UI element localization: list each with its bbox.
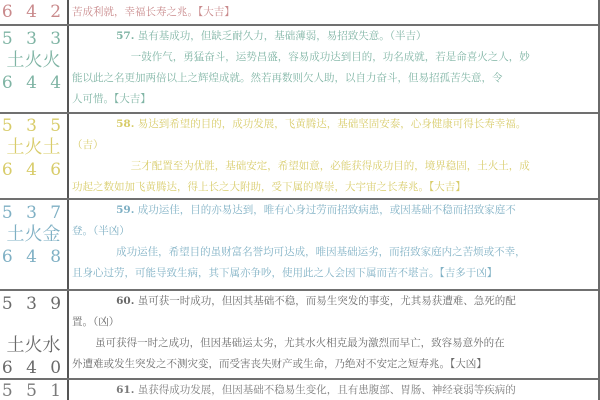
description-line: 能以此之名更加两倍以上之辉煌成就。然若再数则欠人助，以自力奋斗，但易招孤苦失意，… [72,68,592,89]
summary-text: 虽有基成功，但缺乏耐久力，基础薄弱，易招致失意。（半吉） [138,30,427,42]
description-cell: 57. 虽有基成功，但缺乏耐久力，基础薄弱，易招致失意。（半吉） 一鼓作气，勇猛… [72,26,592,110]
number-line: 5 3 7 [0,202,67,224]
entry-number: 60. [116,295,134,307]
description-cell: 60. 虽可获一时成功，但因其基础不稳，而易生突发的事变，尤其易获遭难、急死的配… [72,291,592,375]
summary-text: 虽可获一时成功，但因其基础不稳，而易生突发的事变，尤其易获遭难、急死的配 [138,295,516,307]
summary-text: 易达到希望的目的，成功发展，飞黄腾达，基础坚固安泰，心身健康可得长寿幸福。 [138,118,527,130]
description-line: 且身心过劳，可能导致生病，其下属亦争吵，使用此之人会因下属而苦不堪言。【吉多于凶… [72,263,592,284]
number-line: 5 5 1 [0,380,67,400]
number-line: 6 4 6 [0,159,67,181]
number-cell: 5 3 5 土火土 6 4 6 [0,114,69,198]
description-line: 57. 虽有基成功，但缺乏耐久力，基础薄弱，易招致失意。（半吉） [72,26,592,47]
table-row-537: 5 3 7 土火金 6 4 8 59. 成功运佳，目的亦易达到，唯有心身过劳而招… [0,198,598,289]
description-cell: 苦成利就，幸福长寿之兆。【大吉】 [72,2,592,23]
number-cell: 6 4 2 [0,0,69,24]
element-line: 土火火 [0,50,67,72]
number-line: 6 4 8 [0,246,67,268]
description-line: 登。（半凶） [72,221,592,242]
number-line: 6 4 2 [0,1,67,23]
description-line: 59. 成功运佳，目的亦易达到，唯有心身过劳而招致病患，或因基础不稳而招致家庭不 [72,200,592,221]
description-line: 三才配置至为优胜，基础安定，希望如意，必能获得成功目的，境界稳固，土火土，成 [72,156,592,177]
element-line: 土火金 [0,224,67,246]
description-cell: 59. 成功运佳，目的亦易达到，唯有心身过劳而招致病患，或因基础不稳而招致家庭不… [72,200,592,284]
description-line: 苦成利就，幸福长寿之兆。【大吉】 [72,2,592,23]
table-row-539: 5 3 9 土火水 6 4 0 60. 虽可获一时成功，但因其基础不稳，而易生突… [0,289,598,378]
description-cell: 61. 虽获得成功发展，但因基础不稳易生变化，且有患腹部、胃肠、神经衰弱等疾病的 [72,380,592,400]
summary-text: 成功运佳，目的亦易达到，唯有心身过劳而招致病患，或因基础不稳而招致家庭不 [138,204,516,216]
table-row-533: 5 3 3 土火火 6 4 4 57. 虽有基成功，但缺乏耐久力，基础薄弱，易招… [0,24,598,112]
entry-number: 59. [116,204,134,216]
description-line: 功起之数如加飞黄腾达，得上长之大附助，受下属的尊崇，大宇宙之长寿兆。【大吉】 [72,177,592,198]
table-row-551: 5 5 1 61. 虽获得成功发展，但因基础不稳易生变化，且有患腹部、胃肠、神经… [0,378,598,400]
description-line: 外遭难或发生突发之不测灾变，而受害丧失财产或生命，乃绝对不安定之短寿兆。【大凶】 [72,354,592,375]
number-cell: 5 3 3 土火火 6 4 4 [0,26,69,112]
number-cell: 5 3 9 土火水 6 4 0 [0,291,69,378]
description-line: （吉） [72,135,592,156]
document-page: 6 4 2 苦成利就，幸福长寿之兆。【大吉】 5 3 3 土火火 6 4 4 5… [0,0,600,400]
description-line: 60. 虽可获一时成功，但因其基础不稳，而易生突发的事变，尤其易获遭难、急死的配 [72,291,592,312]
table-row-642: 6 4 2 苦成利就，幸福长寿之兆。【大吉】 [0,0,598,24]
number-line: 5 3 9 [0,293,67,315]
number-line: 5 3 3 [0,28,67,50]
description-line: 58. 易达到希望的目的，成功发展，飞黄腾达，基础坚固安泰，心身健康可得长寿幸福… [72,114,592,135]
entry-number: 57. [116,30,134,42]
description-line: 虽可获得一时之成功，但因基础运太劣，尤其水火相克最为激烈而早亡，致容易意外的在 [72,333,592,354]
description-line: 人可惜。【大吉】 [72,89,592,110]
description-line: 成功运佳，希望目的虽财富名誉均可达成，唯因基础运劣，而招致家庭内之苦烦或不幸， [72,242,592,263]
description-cell: 58. 易达到希望的目的，成功发展，飞黄腾达，基础坚固安泰，心身健康可得长寿幸福… [72,114,592,198]
number-cell: 5 5 1 [0,380,69,400]
entry-number: 58. [116,118,134,130]
element-line: 土火土 [0,137,67,159]
number-line: 5 3 5 [0,115,67,137]
number-cell: 5 3 7 土火金 6 4 8 [0,200,69,289]
number-line: 6 4 4 [0,72,67,94]
description-line: 置。（凶） [72,312,592,333]
summary-text: 虽获得成功发展，但因基础不稳易生变化，且有患腹部、胃肠、神经衰弱等疾病的 [138,384,516,396]
number-line: 6 4 0 [0,357,67,379]
description-line: 61. 虽获得成功发展，但因基础不稳易生变化，且有患腹部、胃肠、神经衰弱等疾病的 [72,380,592,400]
table-row-535: 5 3 5 土火土 6 4 6 58. 易达到希望的目的，成功发展，飞黄腾达，基… [0,112,598,198]
description-line: 一鼓作气，勇猛奋斗，运势昌盛，容易成功达到目的，功名成就，若是命喜火之人，妙 [72,47,592,68]
entry-number: 61. [116,384,134,396]
element-line: 土火水 [0,335,67,357]
